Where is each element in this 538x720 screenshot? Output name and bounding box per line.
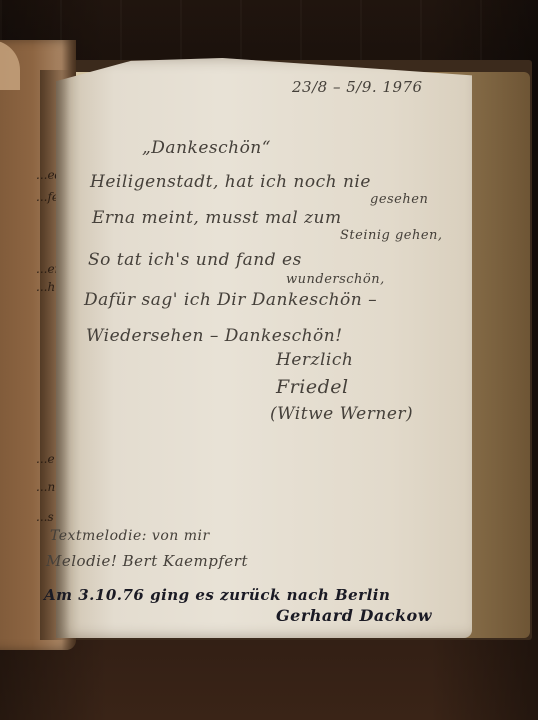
poem-line: Dafür sag' ich Dir Dankeschön – [84, 290, 377, 310]
closing-name: Friedel [276, 376, 349, 398]
poem-line: Erna meint, musst mal zum [92, 208, 342, 228]
poem-line: Wiedersehen – Dankeschön! [86, 326, 343, 346]
poem-title: „Dankeschön“ [142, 138, 271, 158]
closing-greeting: Herzlich [276, 350, 353, 370]
poem-insertion: wunderschön, [286, 272, 385, 287]
signature: Gerhard Dackow [276, 606, 432, 625]
ink-note: Am 3.10.76 ging es zurück nach Berlin [44, 586, 390, 604]
credits-text: Textmelodie: von mir [50, 528, 210, 544]
poem-insertion: Steinig gehen, [340, 228, 443, 243]
poem-insertion: gesehen [370, 192, 428, 207]
poem-line: So tat ich's und fand es [88, 250, 302, 270]
credits-melody: Melodie! Bert Kaempfert [46, 552, 248, 570]
closing-note: (Witwe Werner) [270, 404, 413, 424]
date-range: 23/8 – 5/9. 1976 [292, 78, 423, 96]
poem-line: Heiligenstadt, hat ich noch nie [90, 172, 371, 192]
